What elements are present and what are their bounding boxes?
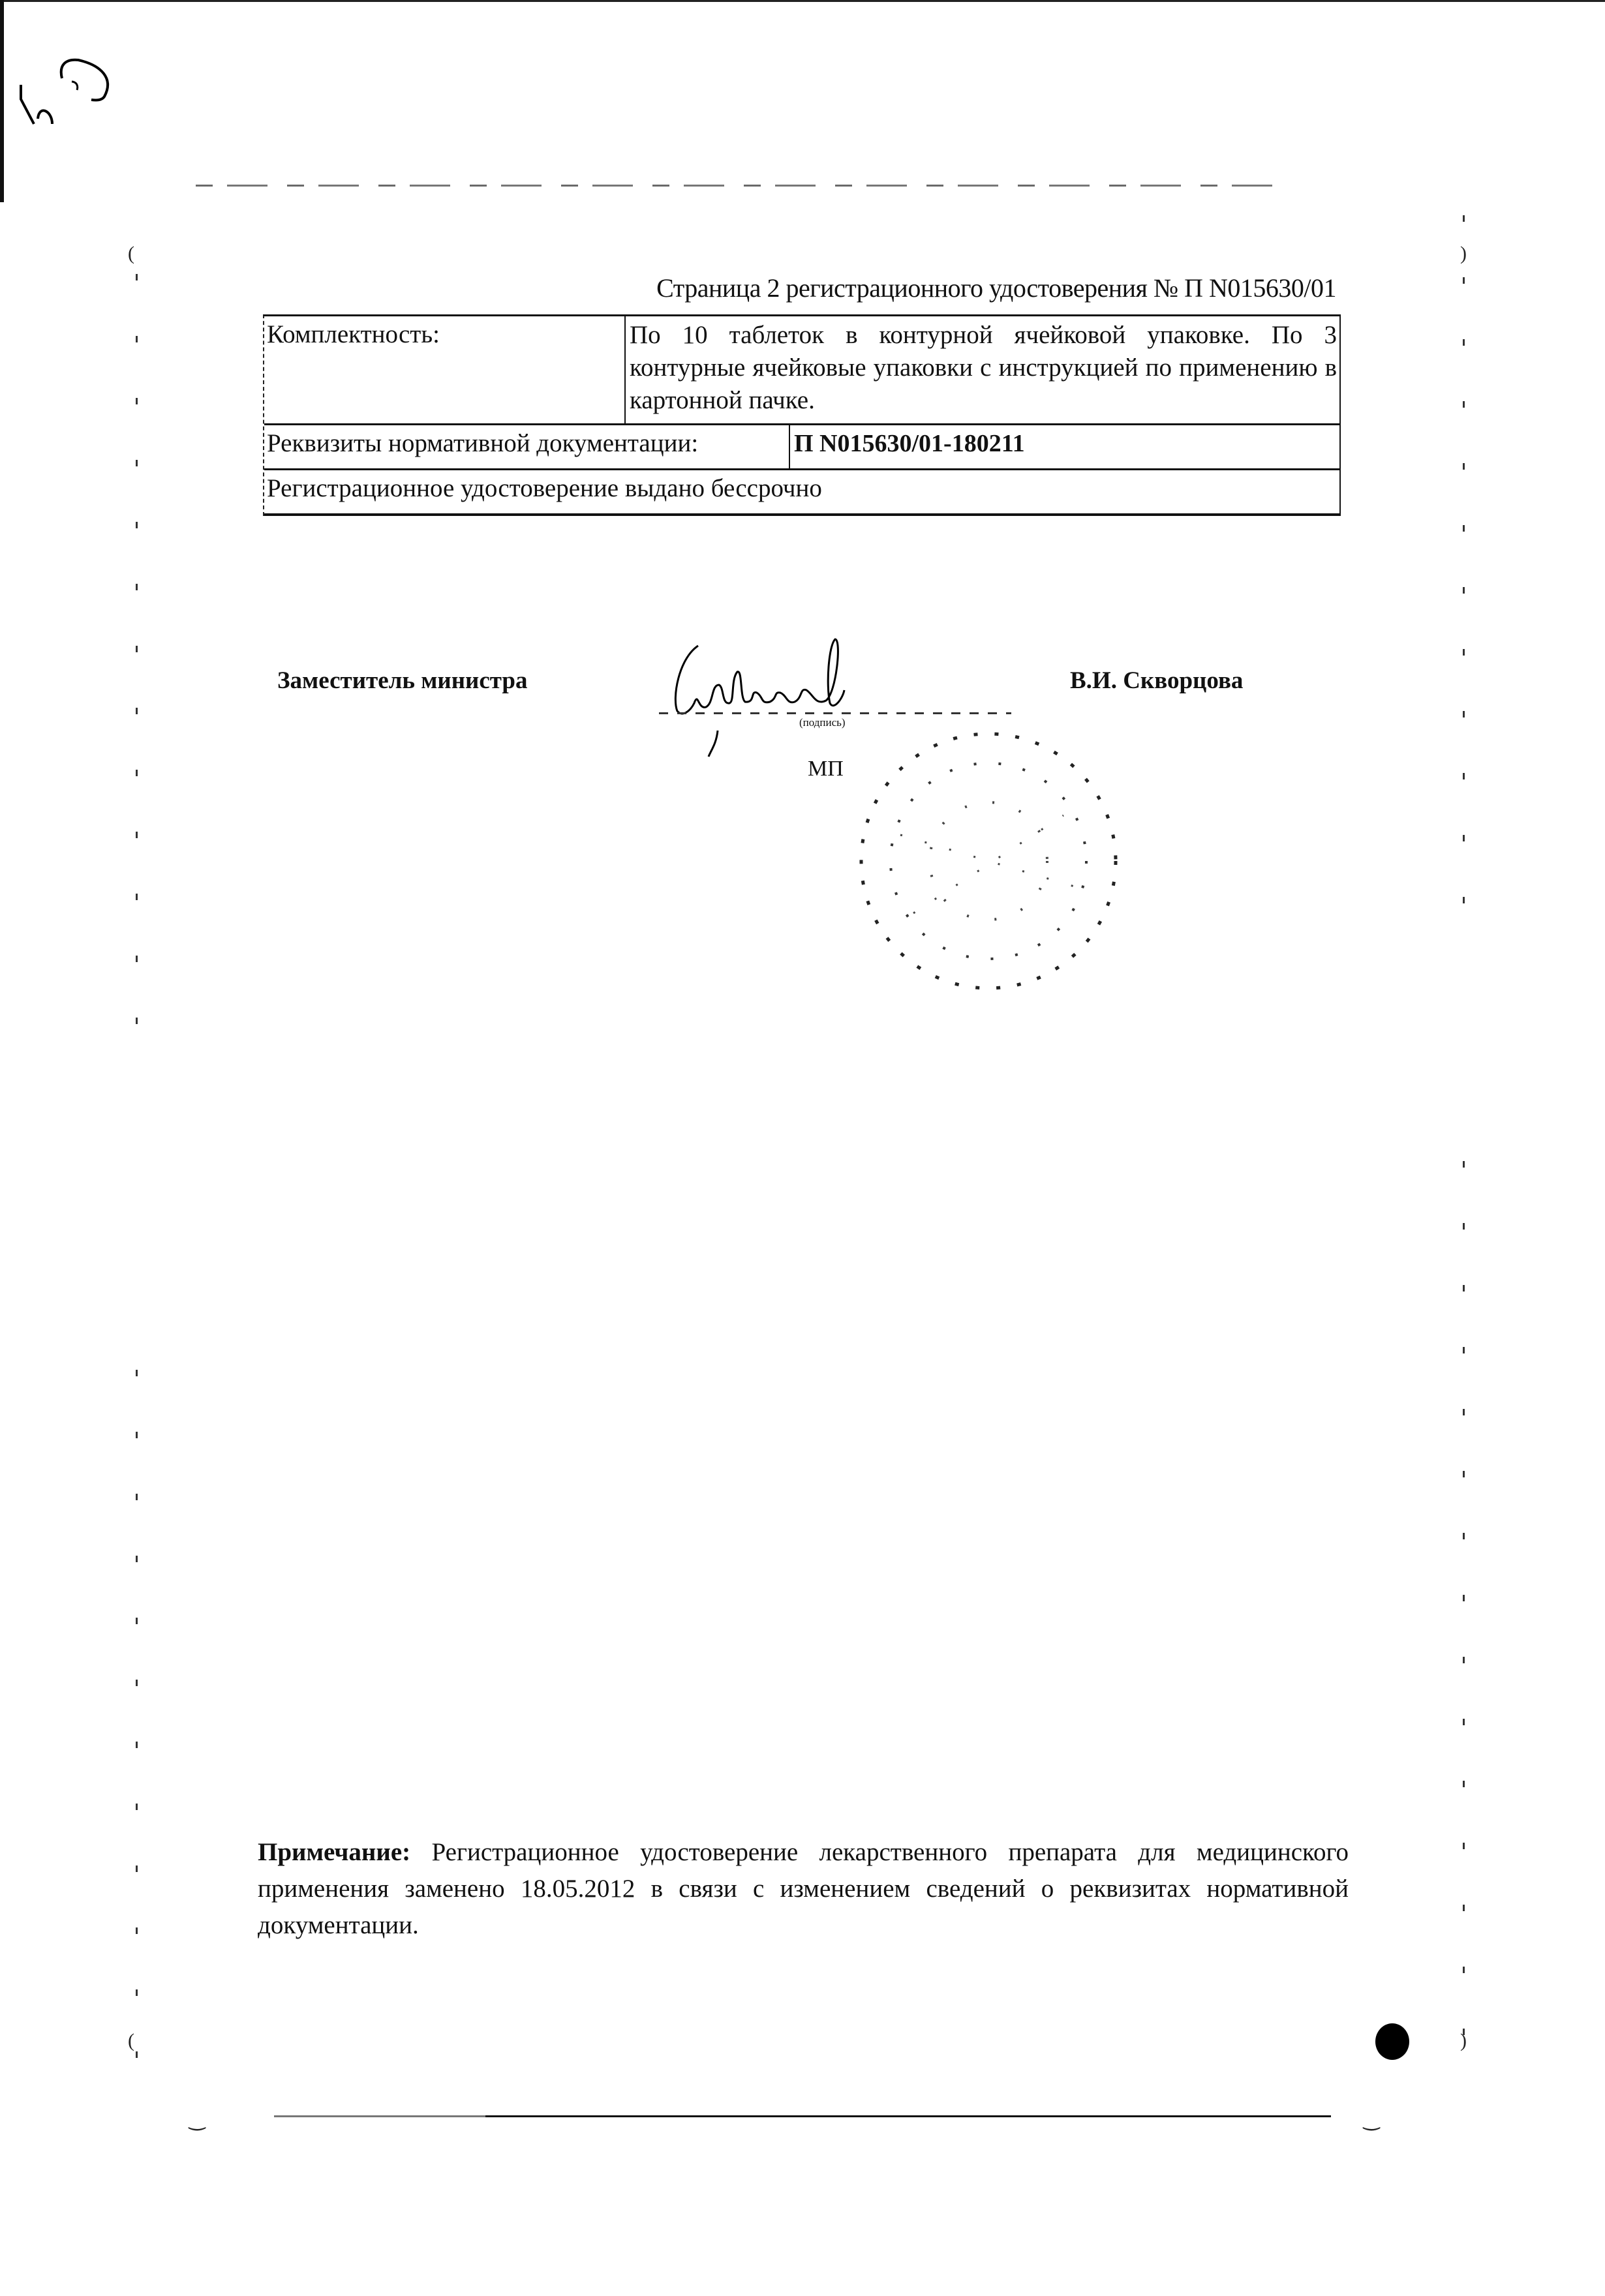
page-bottom-rule xyxy=(274,2115,1331,2117)
scan-edge-top xyxy=(0,0,1605,2)
scan-artifact-left-margin xyxy=(136,274,138,1057)
scan-edge-left xyxy=(0,0,4,202)
scan-bracket-right: ) xyxy=(1460,243,1467,265)
table-cell-label: Регистрационное удостоверение выдано бес… xyxy=(264,470,1339,513)
scan-artifact-right-margin xyxy=(1463,215,1465,933)
handwritten-page-number-icon xyxy=(13,39,111,137)
scan-bracket-left: ( xyxy=(128,2030,134,2052)
hole-punch-icon xyxy=(1375,2023,1409,2060)
scan-artifact-dashes xyxy=(196,185,1292,187)
note-paragraph: Примечание: Регистрационное удостоверени… xyxy=(258,1834,1349,1944)
scan-corner-mark: ‿ xyxy=(189,2108,205,2131)
scan-artifact-right-margin xyxy=(1463,1161,1465,2074)
scan-artifact-left-margin xyxy=(136,1370,138,2087)
note-label: Примечание: xyxy=(258,1838,410,1866)
round-seal-stamp-icon xyxy=(829,717,1129,1011)
scan-bracket-left: ( xyxy=(128,243,134,265)
signatory-title: Заместитель министра xyxy=(277,667,527,695)
signatory-name: В.И. Скворцова xyxy=(1070,667,1243,695)
scan-bracket-right: ) xyxy=(1460,2030,1467,2052)
table-cell-value: П N015630/01-180211 xyxy=(790,425,1339,468)
table-row-validity: Регистрационное удостоверение выдано бес… xyxy=(264,470,1339,516)
page-header: Страница 2 регистрационного удостоверени… xyxy=(535,273,1336,303)
table-row-completeness: Комплектность: По 10 таблеток в контурно… xyxy=(264,316,1339,425)
table-cell-value: По 10 таблеток в контурной ячейковой упа… xyxy=(626,316,1339,423)
table-cell-label: Реквизиты нормативной документации: xyxy=(264,425,790,468)
signature-line xyxy=(659,712,1011,714)
note-text: Регистрационное удостоверение лекарствен… xyxy=(258,1838,1349,1939)
table-row-normative-docs: Реквизиты нормативной документации: П N0… xyxy=(264,425,1339,470)
table-cell-label: Комплектность: xyxy=(264,316,626,423)
registration-details-table: Комплектность: По 10 таблеток в контурно… xyxy=(263,314,1341,516)
scan-corner-mark: ‿ xyxy=(1364,2108,1379,2131)
